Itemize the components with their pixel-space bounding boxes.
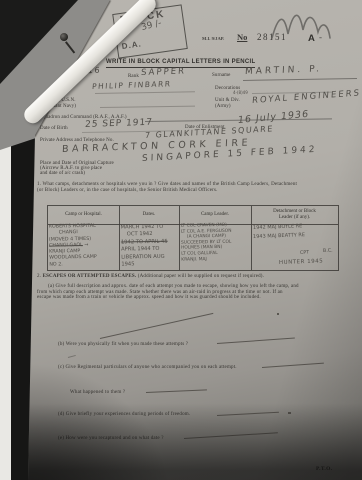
reference-department: M.I. 9/JAP. (202, 36, 224, 41)
capture-label-line3: and date of a/c crash) (40, 171, 85, 177)
address-value-line1: 7 GLANKITTANE SQUARE (145, 124, 274, 140)
section2-title: ESCAPES OR ATTEMPTED ESCAPES. (43, 274, 137, 279)
block-entry: CPT (300, 251, 309, 256)
pencil-dash-b (217, 338, 295, 345)
decorations-pencil-note: 4-(8)49 (233, 90, 248, 95)
photo-border-left (0, 140, 11, 480)
unit-label-line2: (Army) (215, 104, 231, 110)
rank-label: Rank (128, 74, 139, 80)
pencil-scribble-icon (268, 4, 334, 46)
arrow-mark: → (84, 243, 88, 248)
table-header-block-line2: Leader (if any). (251, 215, 338, 221)
section2-number: 2. (37, 274, 41, 279)
christian-rule (95, 91, 195, 94)
surname-value: MARTIN. P. (245, 64, 322, 77)
rank-value: SAPPER (141, 66, 187, 78)
section2-d-label: (d) Give briefly your experiences during… (58, 412, 190, 418)
leader-column-entries: LT COL CRAVEN (MO) LT COL A.E. FERGUSON … (181, 222, 252, 262)
page-turn-over: P.T.O. (316, 466, 332, 472)
pencil-dash-d (217, 411, 279, 415)
christian-names-value: PHILIP FINBARR (92, 79, 172, 91)
section2-heading: 2. ESCAPES OR ATTEMPTED ESCAPES. (Additi… (37, 274, 264, 280)
surname-label: Surname (212, 73, 230, 79)
stamp-initials: D.A. (121, 40, 142, 51)
camp-column-entries: ROBERTS HOSPITAL CHANGI (MOVED 4 TIMES) … (49, 223, 120, 268)
table-header-dates: Dates. (119, 212, 179, 218)
section2-a-line3: escape was made from a train or vehicle … (37, 295, 261, 301)
table-header-camp: Camp or Hospital. (48, 212, 119, 218)
ship-rule (100, 106, 195, 108)
pencil-dot (277, 313, 279, 315)
stamp-number-handwritten: 39 /- (140, 19, 162, 33)
section2-e-label: (e) How were you recaptured and on what … (58, 436, 164, 442)
unit-value: ROYAL ENGINEERS (252, 88, 362, 106)
section2-b-label: (b) Were you physically fit when you mad… (58, 342, 188, 348)
pencil-dash-c2 (146, 389, 207, 393)
reference-no-label: No (237, 33, 247, 42)
block-entry: B.C. (323, 248, 333, 254)
table-header-leader: Camp Leader. (179, 212, 251, 218)
question1-line1: 1. What camps, detachments or hospitals … (37, 182, 297, 188)
section2-note: (Additional paper will be supplied on re… (138, 274, 264, 279)
question1-line2: (or Block) Leaders or, in the case of ho… (37, 188, 218, 194)
photographed-pow-questionnaire: BLOCK 39 /- D.A. M.I. 9/JAP. No 28151 A … (0, 0, 362, 480)
dates-column-entries: MARCH 1942 TO OCT 1942 1942 TO APRIL 45 … (121, 223, 180, 268)
date-entry: 1945 (121, 261, 179, 269)
section2-c-label: (c) Give Regimental particulars of anyon… (58, 365, 237, 371)
fastener-pin-icon (60, 33, 68, 41)
date-of-birth-value: 25 SEP 1917 (85, 118, 154, 130)
pencil-strike-a (100, 313, 214, 339)
date-of-birth-label: Date of Birth (40, 126, 68, 132)
pencil-dot-d (288, 412, 291, 414)
pencil-dash-c (262, 362, 324, 368)
camp-entry: NO 2. (49, 261, 119, 269)
pencil-dash-e (184, 432, 278, 439)
section2-c2-label: What happened to them ? (70, 390, 125, 396)
stray-pencil-mark (68, 355, 76, 358)
surname-rule (243, 78, 357, 81)
table-header-block-line1: Detachment or Block (251, 209, 338, 215)
